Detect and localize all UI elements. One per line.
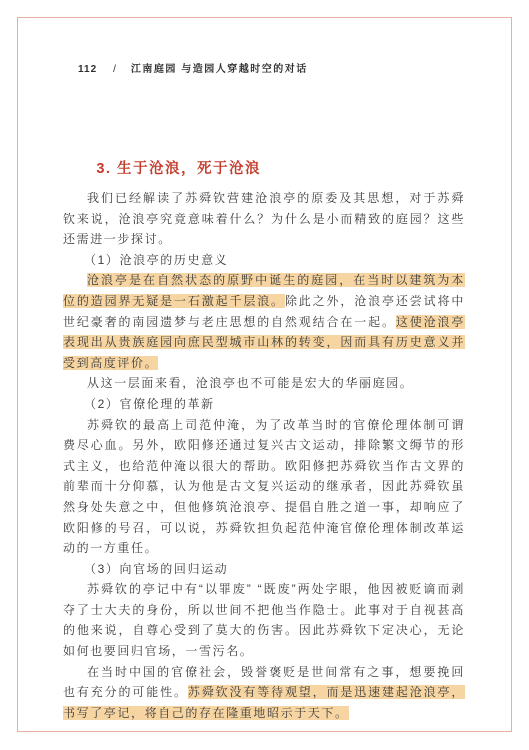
text-run: 苏舜钦的最高上司范仲淹，为了改革当时的官僚伦理体制可谓费尽心血。另外，欧阳修还通…: [63, 418, 465, 556]
header-separator: /: [113, 64, 117, 75]
running-header: 112 / 江南庭园 与造园人穿越时空的对话: [63, 60, 465, 75]
subsection-heading: （2）官僚伦理的革新: [63, 394, 465, 415]
paragraph: 在当时中国的官僚社会，毁誉褒贬是世间常有之事，想要挽回也有充分的可能性。苏舜钦没…: [63, 662, 465, 724]
section-heading: 3. 生于沧浪，死于沧浪: [63, 159, 465, 179]
subsection-heading: （1）沧浪亭的历史意义: [63, 250, 465, 271]
paragraph: 沧浪亭是在自然状态的原野中诞生的庭园，在当时以建筑为本位的造园界无疑是一石激起千…: [63, 270, 465, 373]
book-page: 112 / 江南庭园 与造园人穿越时空的对话 3. 生于沧浪，死于沧浪我们已经解…: [63, 60, 465, 723]
text-run: 我们已经解读了苏舜钦营建沧浪亭的原委及其思想，对于苏舜钦来说，沧浪亭究竟意味着什…: [63, 191, 465, 246]
paragraph: 我们已经解读了苏舜钦营建沧浪亭的原委及其思想，对于苏舜钦来说，沧浪亭究竟意味着什…: [63, 188, 465, 250]
text-run: 苏舜钦的亭记中有“以罪废” “既废”两处字眼，他因被贬谪而剥夺了士大夫的身份，所…: [63, 582, 465, 658]
page-number: 112: [78, 64, 97, 75]
subsection-heading: （3）向官场的回归运动: [63, 559, 465, 580]
paragraph: 苏舜钦的最高上司范仲淹，为了改革当时的官僚伦理体制可谓费尽心血。另外，欧阳修还通…: [63, 415, 465, 559]
text-run: 从这一层面来看，沧浪亭也不可能是宏大的华丽庭园。: [87, 376, 413, 390]
paragraph: 苏舜钦的亭记中有“以罪废” “既废”两处字眼，他因被贬谪而剥夺了士大夫的身份，所…: [63, 579, 465, 661]
book-title: 江南庭园 与造园人穿越时空的对话: [131, 60, 308, 75]
paragraph: 从这一层面来看，沧浪亭也不可能是宏大的华丽庭园。: [63, 373, 465, 394]
content-blocks: 3. 生于沧浪，死于沧浪我们已经解读了苏舜钦营建沧浪亭的原委及其思想，对于苏舜钦…: [63, 159, 465, 723]
